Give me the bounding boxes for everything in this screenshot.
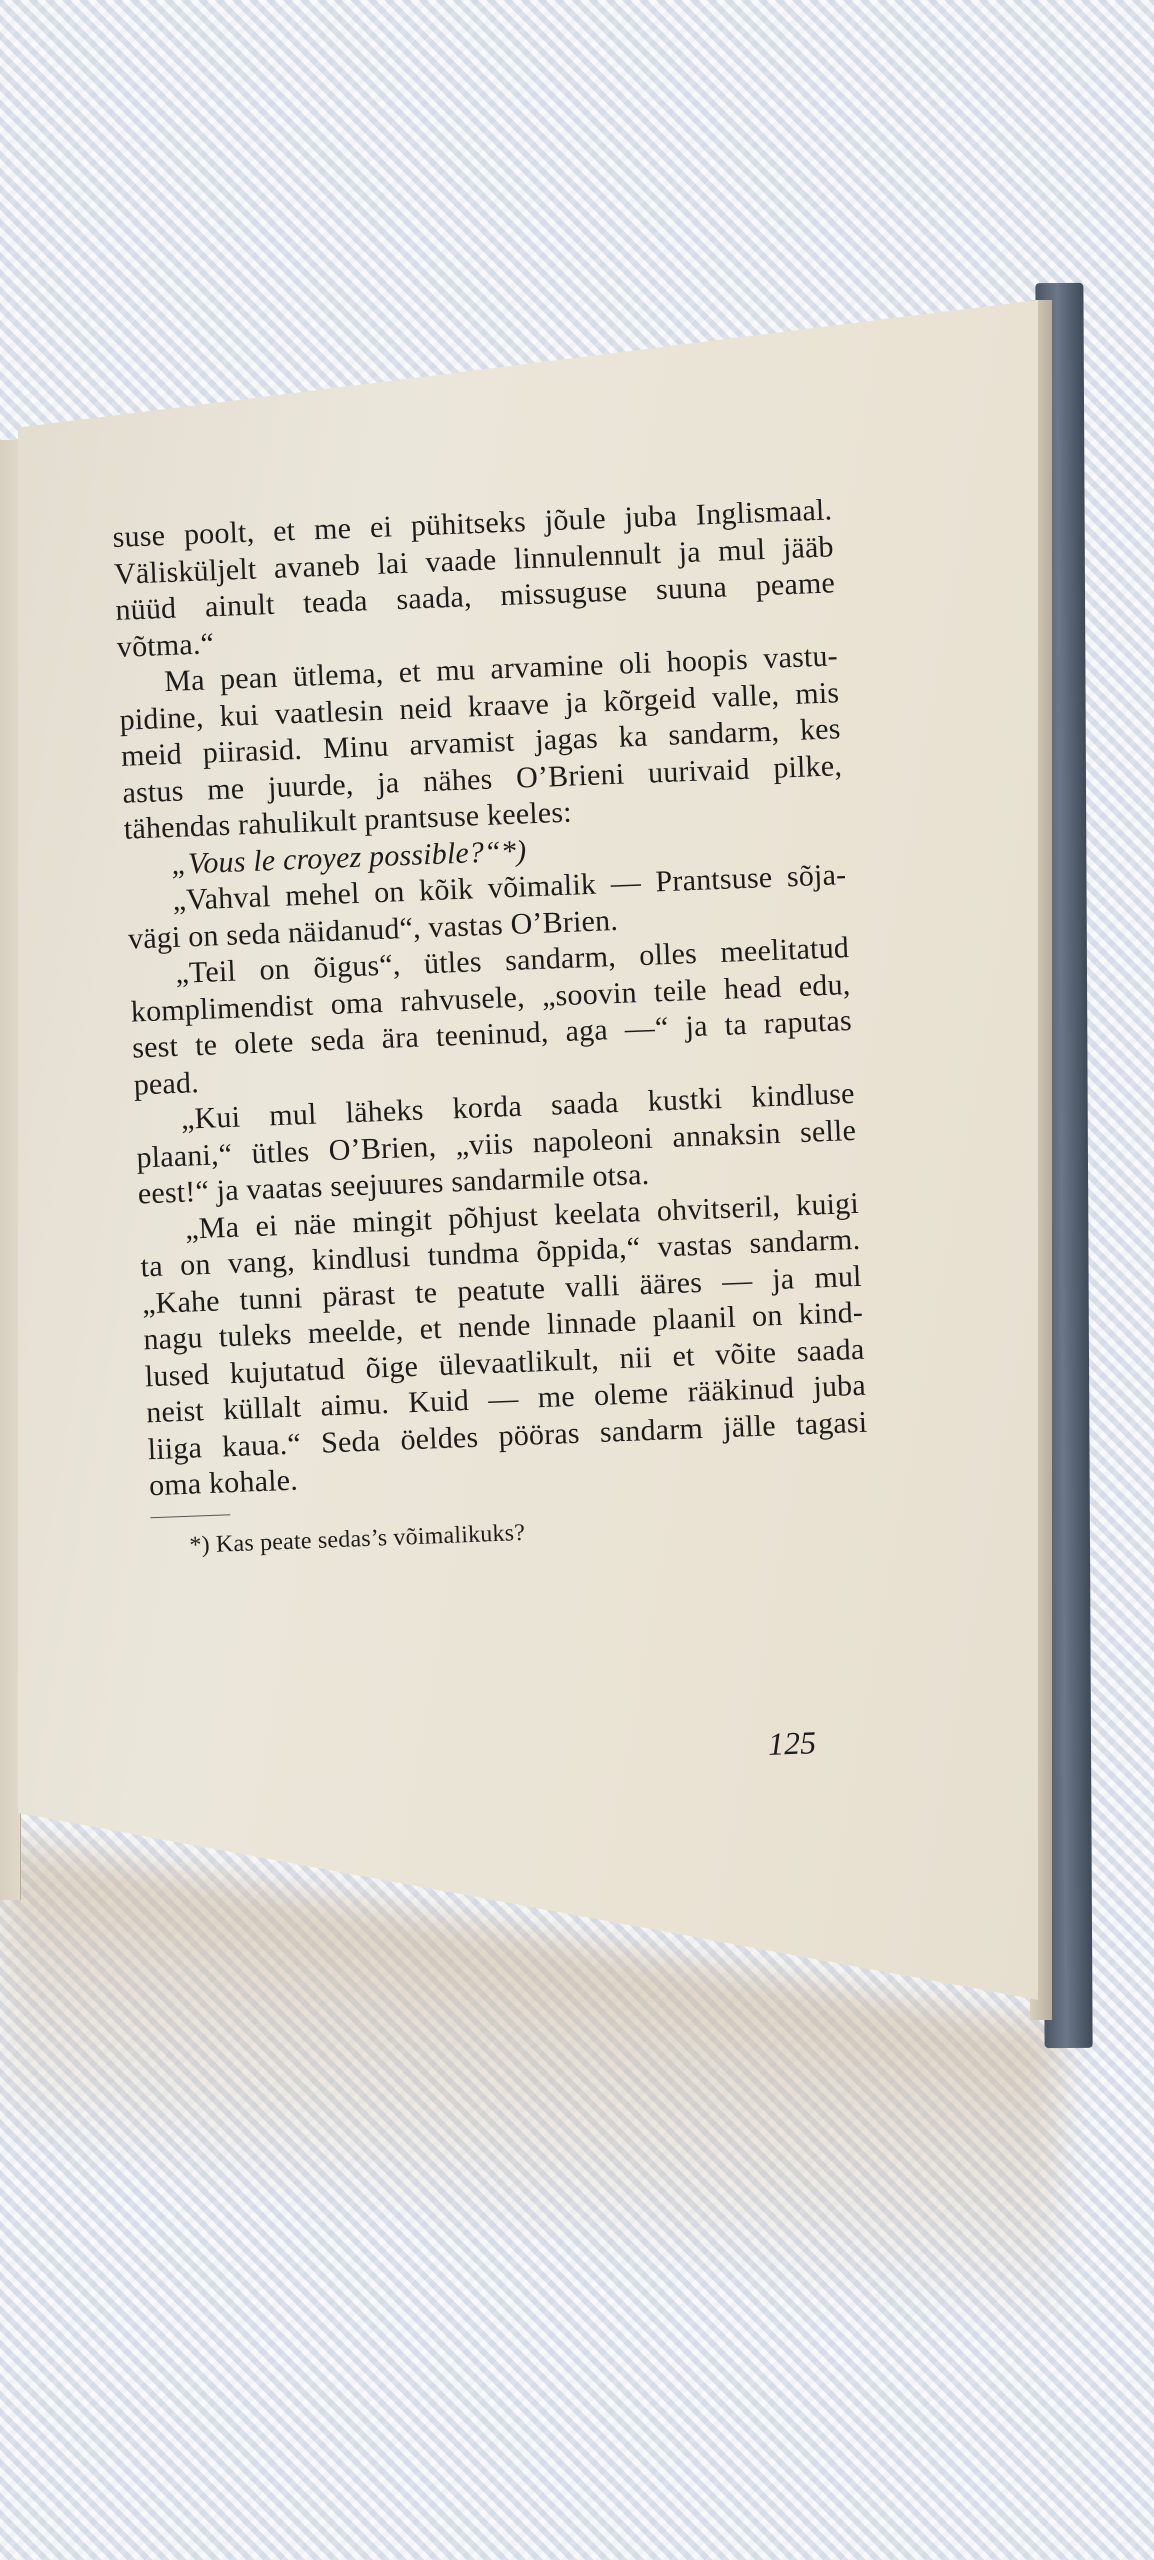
page-number: 125 xyxy=(767,1724,816,1763)
footnote-divider xyxy=(150,1514,230,1518)
left-page-edge xyxy=(0,440,21,1900)
page-text: suse poolt, et me ei pühitseks jõule jub… xyxy=(112,492,871,1561)
